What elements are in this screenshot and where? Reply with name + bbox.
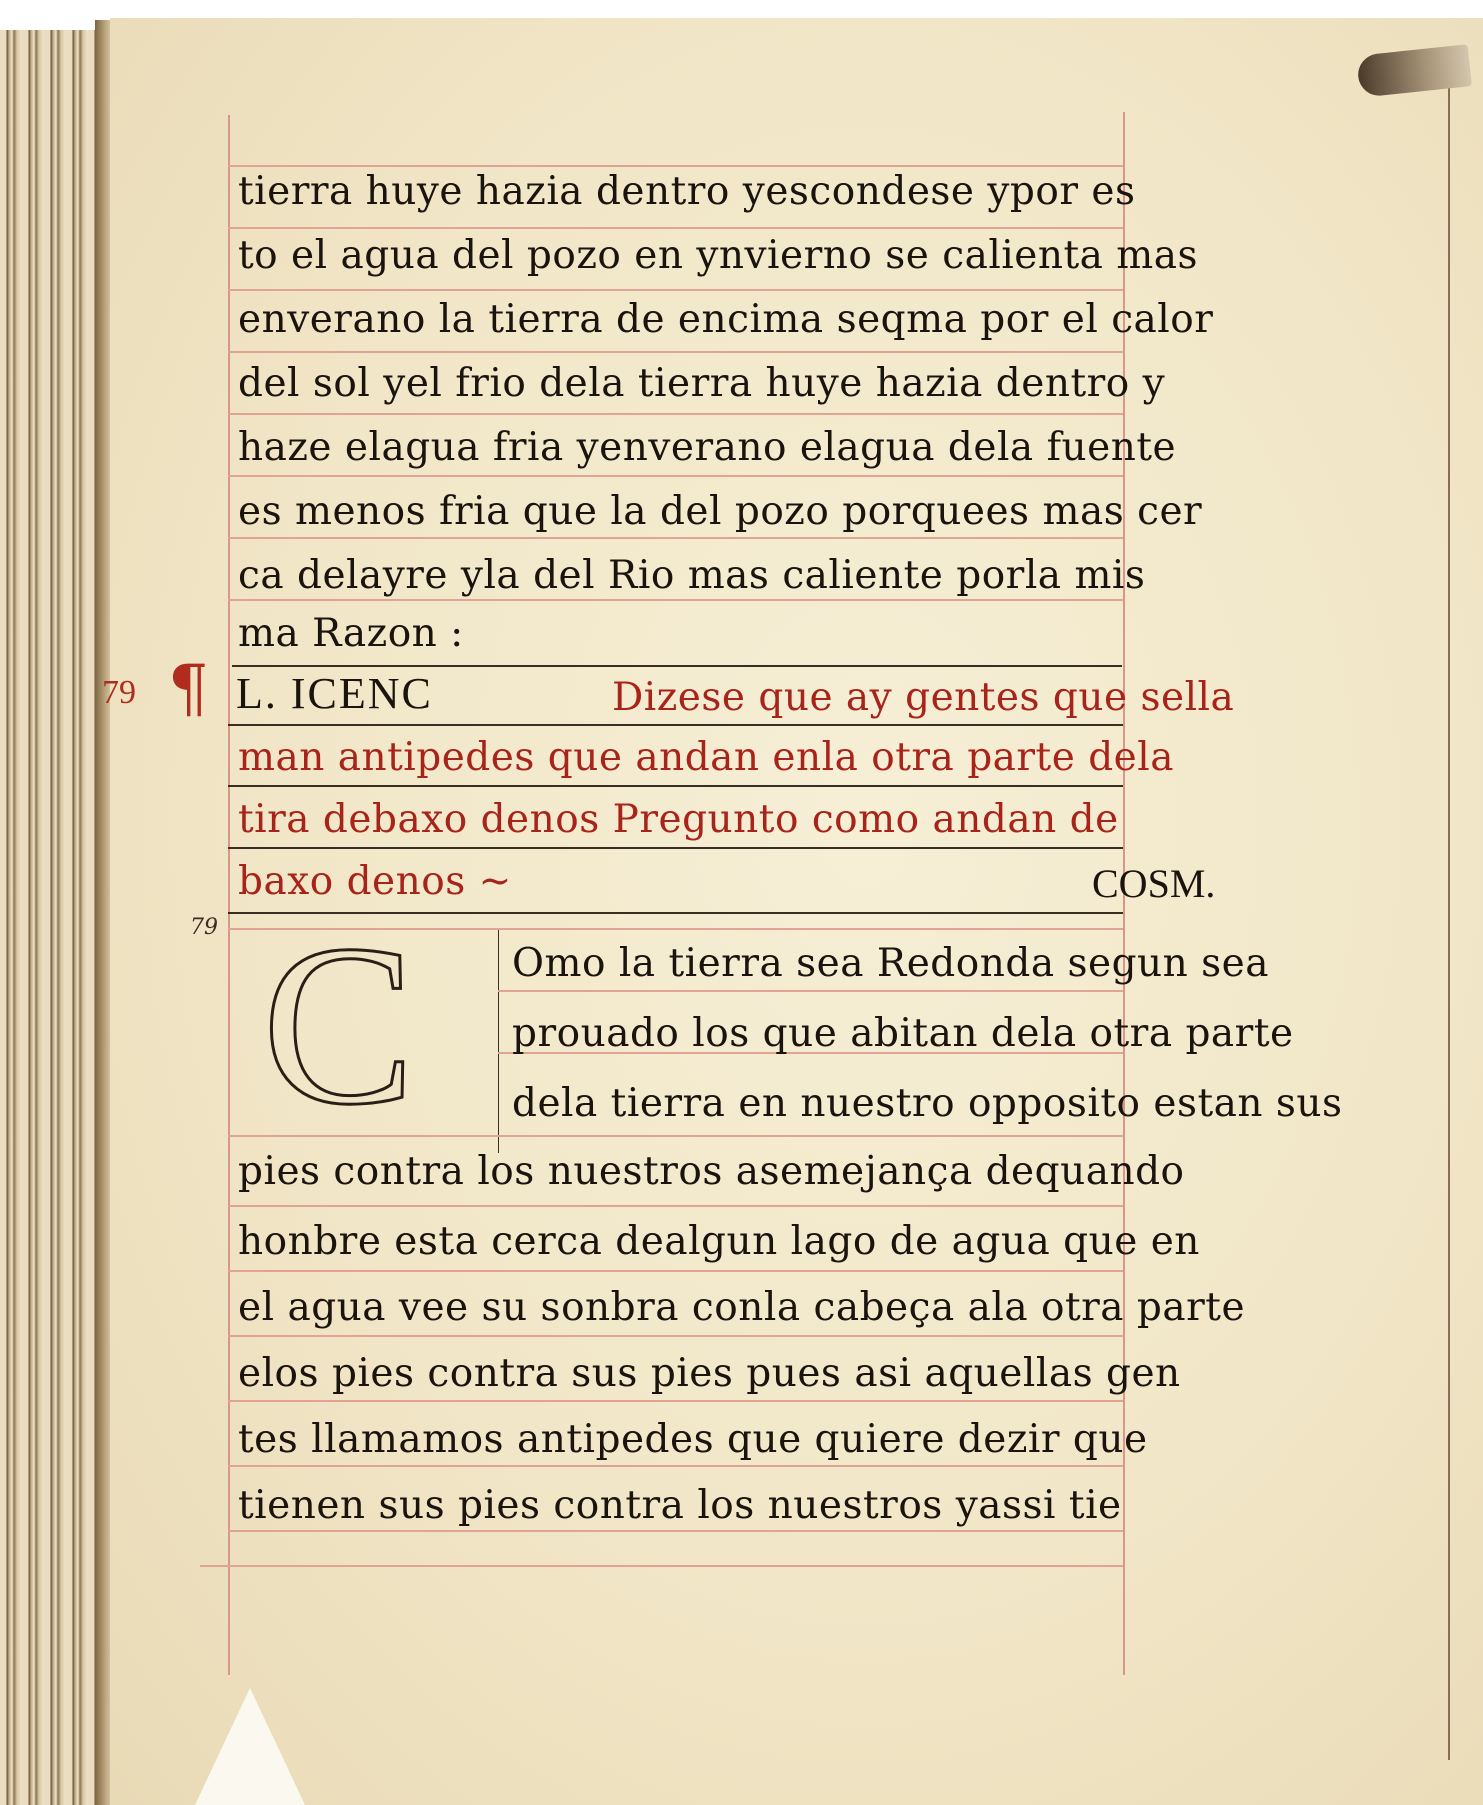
text-line: del sol yel frio dela tierra huye hazia … bbox=[238, 364, 1165, 403]
text-line: es menos fria que la del pozo porquees m… bbox=[238, 492, 1202, 531]
ruling-line bbox=[228, 289, 1123, 291]
answer-line: tienen sus pies contra los nuestros yass… bbox=[238, 1486, 1122, 1525]
rubric-rule bbox=[228, 785, 1123, 787]
answer-line: dela tierra en nuestro opposito estan su… bbox=[512, 1084, 1343, 1123]
marginal-number-question: 79 bbox=[102, 674, 136, 712]
answer-marker: COSM. bbox=[1092, 860, 1215, 907]
marginal-number-answer: 79 bbox=[190, 915, 218, 940]
text-line: ma Razon : bbox=[238, 614, 464, 653]
rubric-rule bbox=[228, 724, 1123, 726]
answer-line: Omo la tierra sea Redonda segun sea bbox=[512, 944, 1269, 983]
ruling-line bbox=[200, 1565, 1123, 1567]
rubric-rule bbox=[228, 847, 1123, 849]
question-line: baxo denos ~ bbox=[238, 862, 512, 901]
text-line: ca delayre yla del Rio mas caliente porl… bbox=[238, 556, 1145, 595]
question-line: tira debaxo denos Pregunto como andan de bbox=[238, 800, 1119, 839]
question-line: man antipedes que andan enla otra parte … bbox=[238, 738, 1174, 777]
text-line: tierra huye hazia dentro yescondese ypor… bbox=[238, 172, 1136, 211]
ruling-line bbox=[228, 1335, 1123, 1337]
ruling-line bbox=[228, 227, 1123, 229]
text-line: haze elagua fria yenverano elagua dela f… bbox=[238, 428, 1176, 467]
ruling-line bbox=[228, 475, 1123, 477]
answer-line: el agua vee su sonbra conla cabeça ala o… bbox=[238, 1288, 1245, 1327]
ruling-line bbox=[228, 351, 1123, 353]
drop-cap-initial: C bbox=[262, 910, 415, 1140]
ruling-line bbox=[228, 413, 1123, 415]
answer-line: prouado los que abitan dela otra parte bbox=[512, 1014, 1294, 1053]
ruling-line bbox=[228, 1270, 1123, 1272]
ruling-line bbox=[228, 1400, 1123, 1402]
book-page-stack bbox=[0, 30, 110, 1805]
answer-line: elos pies contra sus pies pues asi aquel… bbox=[238, 1354, 1181, 1393]
answer-line: pies contra los nuestros asemejança dequ… bbox=[238, 1152, 1185, 1191]
ruling-line bbox=[498, 990, 1123, 992]
text-line: to el agua del pozo en ynvierno se calie… bbox=[238, 236, 1198, 275]
ruling-line bbox=[228, 1530, 1123, 1532]
ruling-line bbox=[228, 165, 1123, 167]
left-margin-rule bbox=[228, 115, 230, 1675]
answer-line: honbre esta cerca dealgun lago de agua q… bbox=[238, 1222, 1200, 1261]
ruling-line bbox=[228, 1465, 1123, 1467]
page-fold-edge bbox=[1448, 60, 1450, 1760]
pilcrow-icon: ¶ bbox=[168, 652, 209, 726]
question-initial: L. ICENC bbox=[236, 672, 433, 716]
ruling-line bbox=[228, 599, 1123, 601]
dropcap-column-rule bbox=[498, 928, 499, 1153]
text-line: enverano la tierra de encima seqma por e… bbox=[238, 300, 1213, 339]
question-line: Dizese que ay gentes que sella bbox=[612, 678, 1234, 717]
ruling-line bbox=[228, 1205, 1123, 1207]
rubric-rule bbox=[232, 665, 1122, 667]
ruling-line bbox=[228, 537, 1123, 539]
answer-line: tes llamamos antipedes que quiere dezir … bbox=[238, 1420, 1148, 1459]
